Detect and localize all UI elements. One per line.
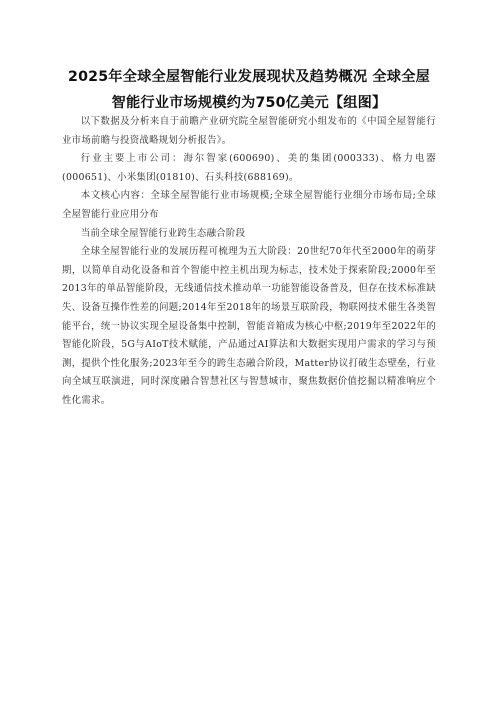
section-heading: 当前全球全屋智能行业跨生态融合阶段 (62, 225, 436, 244)
source-paragraph: 以下数据及分析来自于前瞻产业研究院全屋智能研究小组发布的《中国全屋智能行业市场前… (62, 113, 436, 150)
core-content-paragraph: 本文核心内容：全球全屋智能行业市场规模;全球全屋智能行业细分市场布局;全球全屋智… (62, 187, 436, 224)
listed-companies-paragraph: 行业主要上市公司：海尔智家(600690)、美的集团(000333)、格力电器(… (62, 150, 436, 187)
article-body: 以下数据及分析来自于前瞻产业研究院全屋智能研究小组发布的《中国全屋智能行业市场前… (62, 113, 436, 411)
development-history-paragraph: 全球全屋智能行业的发展历程可梳理为五大阶段：20世纪70年代至2000年的萌芽期… (62, 243, 436, 410)
article-title: 2025年全球全屋智能行业发展现状及趋势概况 全球全屋智能行业市场规模约为750… (62, 64, 436, 116)
document-page: 2025年全球全屋智能行业发展现状及趋势概况 全球全屋智能行业市场规模约为750… (0, 0, 496, 701)
